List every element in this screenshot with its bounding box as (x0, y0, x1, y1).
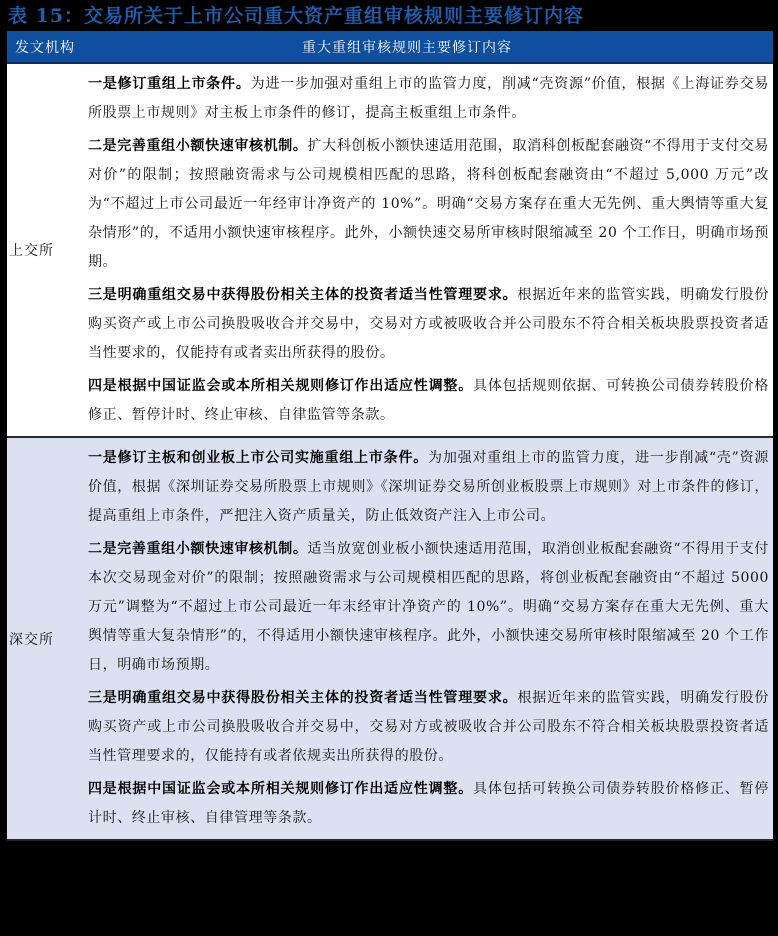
issuer-cell: 上交所 (7, 64, 81, 436)
revision-item: 二是完善重组小额快速审核机制。扩大科创板小额快速适用范围，取消科创板配套融资“不… (88, 132, 769, 277)
issuer-cell: 深交所 (7, 438, 81, 839)
revision-item: 四是根据中国证监会或本所相关规则修订作出适应性调整。具体包括规则依据、可转换公司… (88, 372, 769, 430)
revision-lead: 四是根据中国证监会或本所相关规则修订作出适应性调整。 (88, 378, 473, 394)
revision-body: 适当放宽创业板小额快速适用范围，取消创业板配套融资“不得用于支付本次交易现金对价… (88, 541, 769, 673)
revision-body: 扩大科创板小额快速适用范围，取消科创板配套融资“不得用于支付交易对价”的限制；按… (88, 138, 769, 270)
revision-item: 一是修订主板和创业板上市公司实施重组上市条件。为加强对重组上市的监管力度，进一步… (88, 444, 769, 531)
revision-item: 三是明确重组交易中获得股份相关主体的投资者适当性管理要求。根据近年来的监管实践，… (88, 281, 769, 368)
header-issuer: 发文机构 (7, 37, 81, 57)
table-row-sse: 上交所 一是修订重组上市条件。为进一步加强对重组上市的监管力度，削减“壳资源”价… (7, 64, 773, 438)
revision-lead: 一是修订重组上市条件。 (88, 76, 251, 92)
revision-item: 四是根据中国证监会或本所相关规则修订作出适应性调整。具体包括可转换公司债券转股价… (88, 775, 769, 833)
content-cell: 一是修订重组上市条件。为进一步加强对重组上市的监管力度，削减“壳资源”价值，根据… (81, 64, 773, 436)
revision-lead: 二是完善重组小额快速审核机制。 (88, 138, 308, 154)
content-cell: 一是修订主板和创业板上市公司实施重组上市条件。为加强对重组上市的监管力度，进一步… (81, 438, 773, 839)
revision-item: 三是明确重组交易中获得股份相关主体的投资者适当性管理要求。根据近年来的监管实践，… (88, 684, 769, 771)
revision-table: 发文机构 重大重组审核规则主要修订内容 上交所 一是修订重组上市条件。为进一步加… (7, 31, 773, 841)
header-content: 重大重组审核规则主要修订内容 (81, 37, 773, 57)
revision-lead: 二是完善重组小额快速审核机制。 (88, 541, 308, 557)
revision-lead: 四是根据中国证监会或本所相关规则修订作出适应性调整。 (88, 781, 473, 797)
table-title: 表 15：交易所关于上市公司重大资产重组审核规则主要修订内容 (8, 2, 584, 30)
table-row-szse: 深交所 一是修订主板和创业板上市公司实施重组上市条件。为加强对重组上市的监管力度… (7, 438, 773, 841)
revision-lead: 三是明确重组交易中获得股份相关主体的投资者适当性管理要求。 (88, 287, 517, 303)
table-header: 发文机构 重大重组审核规则主要修订内容 (7, 31, 773, 64)
revision-item: 一是修订重组上市条件。为进一步加强对重组上市的监管力度，削减“壳资源”价值，根据… (88, 70, 769, 128)
revision-lead: 三是明确重组交易中获得股份相关主体的投资者适当性管理要求。 (88, 690, 517, 706)
revision-item: 二是完善重组小额快速审核机制。适当放宽创业板小额快速适用范围，取消创业板配套融资… (88, 535, 769, 680)
revision-lead: 一是修订主板和创业板上市公司实施重组上市条件。 (88, 450, 428, 466)
